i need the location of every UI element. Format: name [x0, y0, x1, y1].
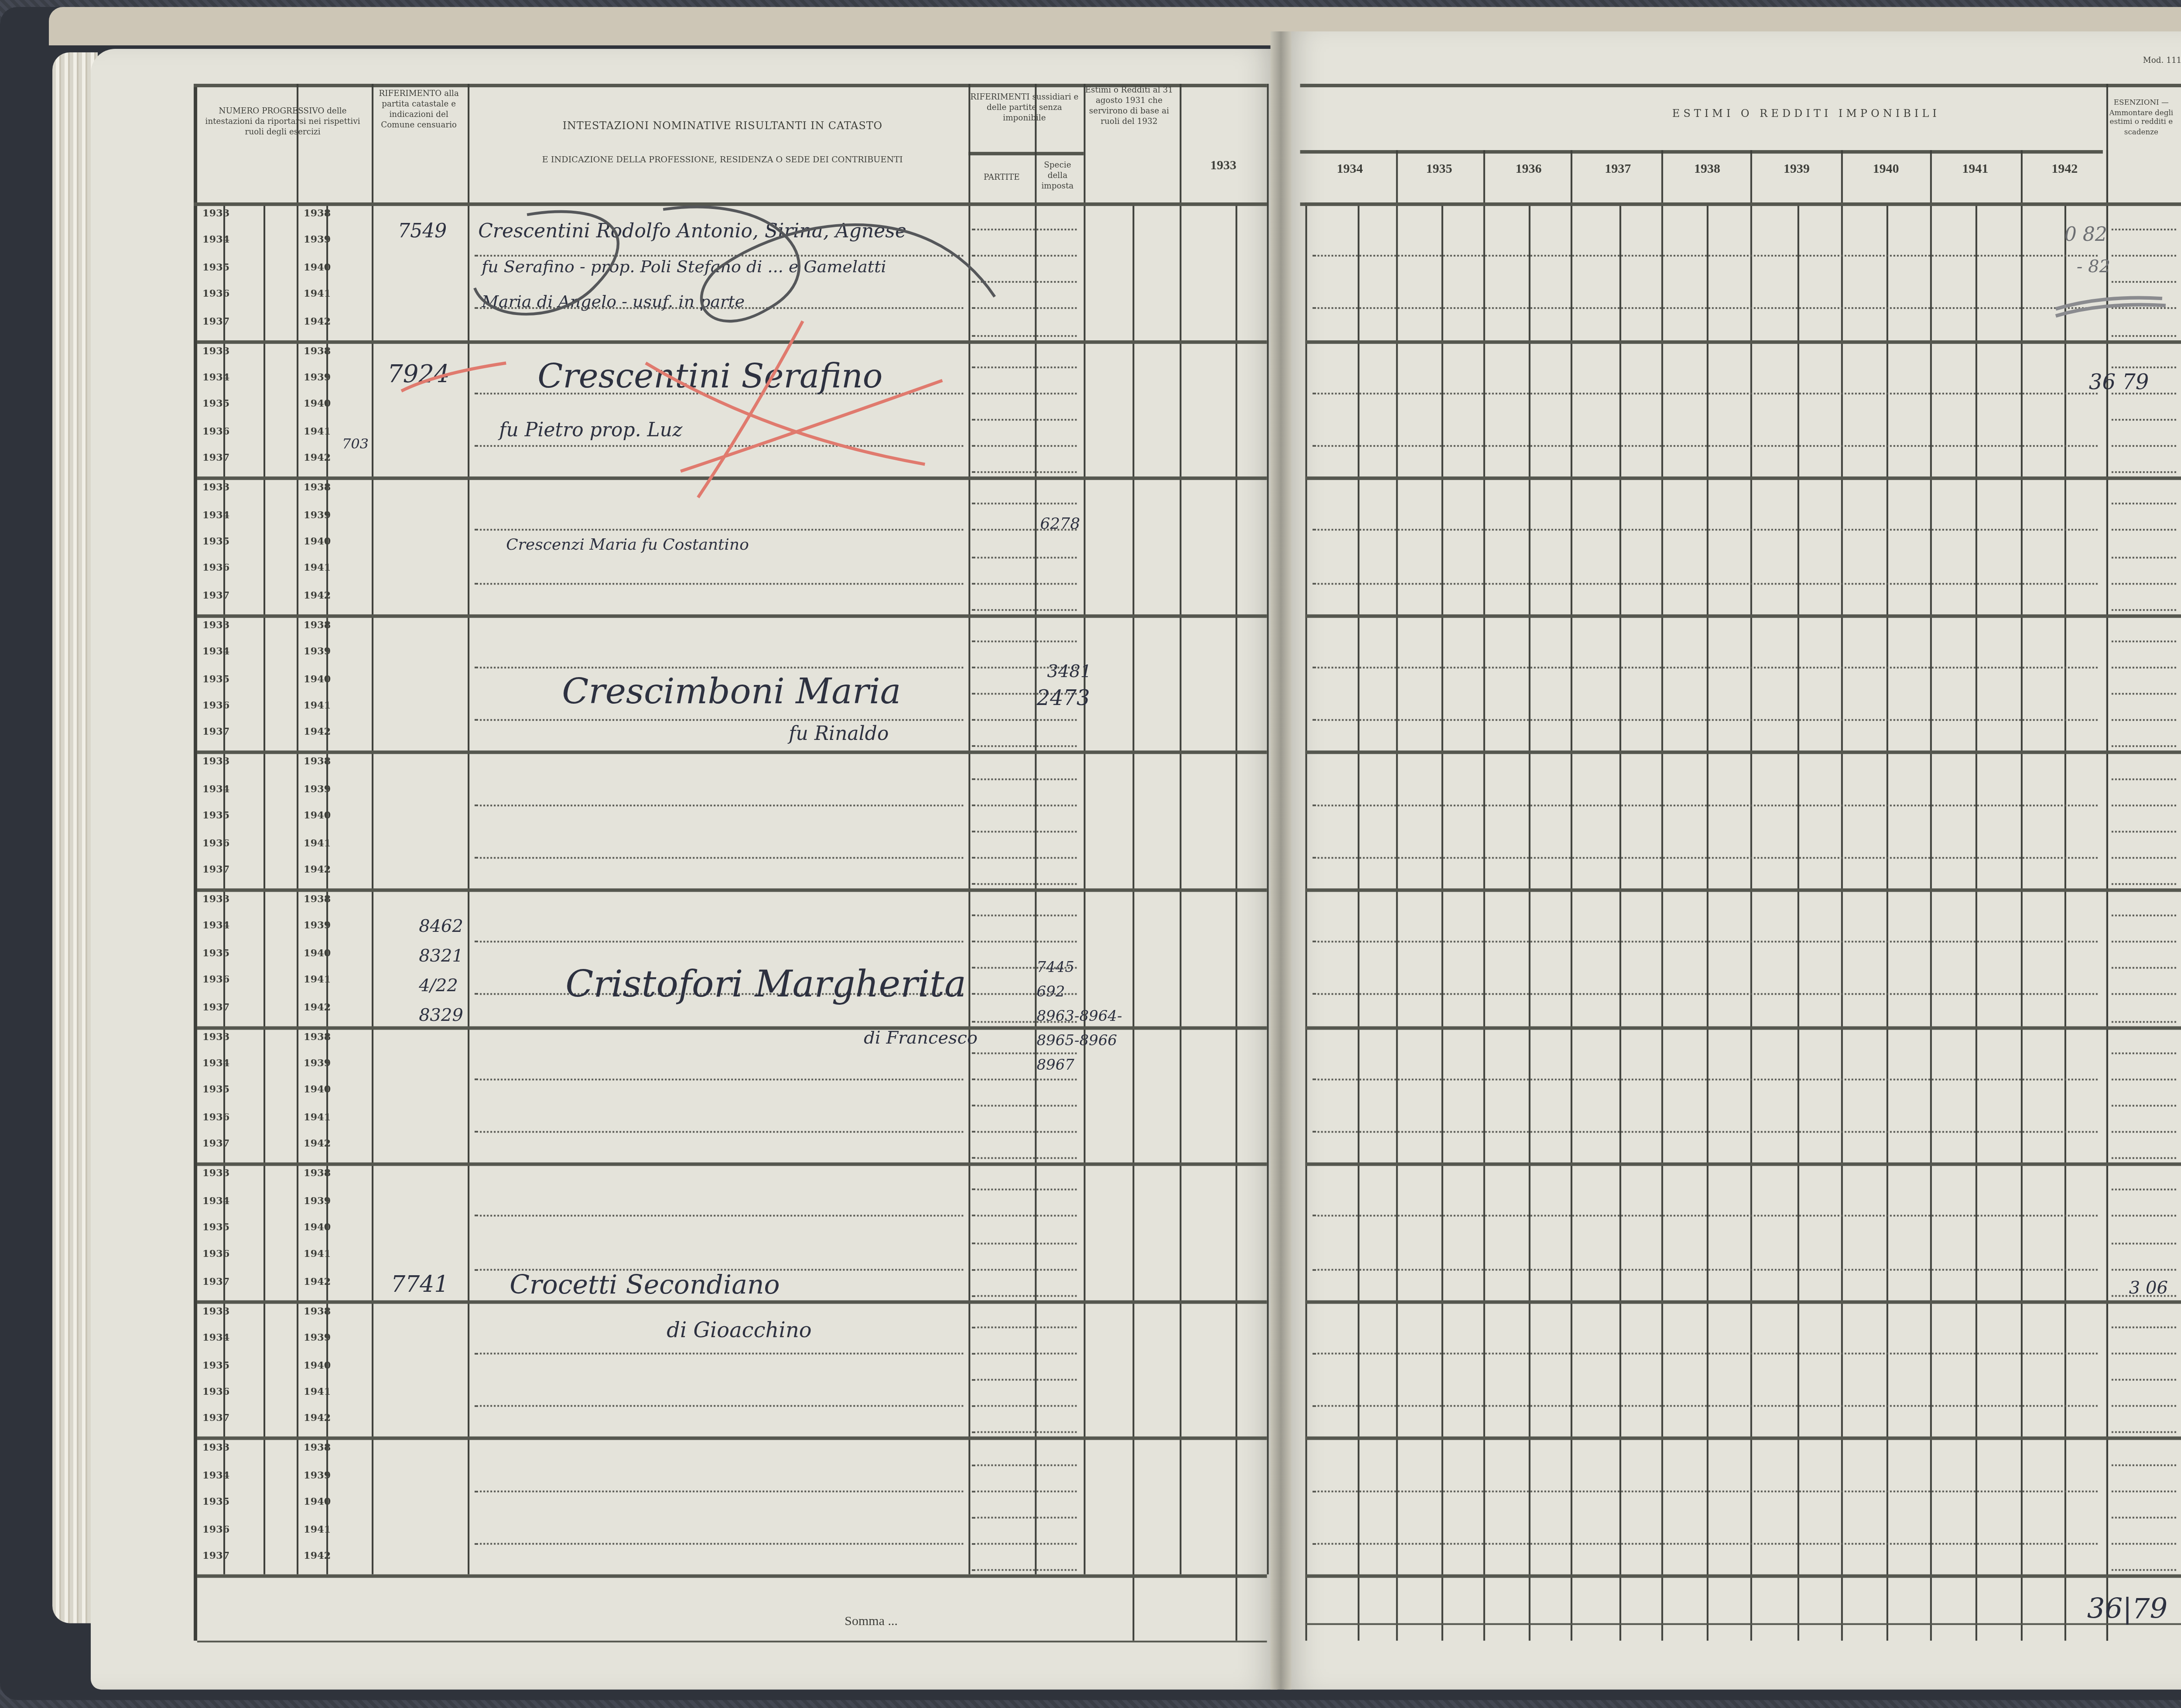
year-label: 1934: [202, 1197, 229, 1207]
header-riferimenti: RIFERIMENTI sussidiari e delle partite s…: [968, 94, 1080, 126]
year-header-1937: 1937: [1573, 164, 1662, 175]
entry-6-partite-line: 8963-8964-: [1036, 1009, 1122, 1026]
writing-line: [972, 1432, 1077, 1434]
year-label: 1938: [304, 895, 331, 906]
column-line: [1930, 150, 1932, 1641]
writing-line: [972, 1189, 1077, 1191]
writing-line: [2112, 1189, 2176, 1191]
writing-line: [1313, 857, 2098, 859]
header-intestazioni-sub: E INDICAZIONE DELLA PROFESSIONE, RESIDEN…: [471, 157, 974, 168]
writing-line: [972, 582, 1077, 584]
year-header-1939: 1939: [1752, 164, 1841, 175]
entry-6-partite-line: 8965-8966: [1036, 1033, 1117, 1051]
frame-top-left: [194, 84, 1267, 87]
year-label: 1941: [304, 976, 331, 986]
year-label: 1937: [202, 592, 229, 602]
header-intestazioni-title: INTESTAZIONI NOMINATIVE RISULTANTI IN CA…: [471, 122, 974, 133]
writing-line: [475, 1353, 963, 1355]
year-label: 1939: [304, 1471, 331, 1482]
writing-line: [2112, 1020, 2176, 1022]
writing-line: [972, 1406, 1077, 1407]
writing-line: [475, 1078, 963, 1080]
writing-line: [972, 1157, 1077, 1159]
block-separator: [197, 1300, 1267, 1304]
writing-line: [2112, 941, 2176, 943]
writing-line: [972, 915, 1077, 917]
column-line: [1179, 84, 1181, 1575]
year-label: 1935: [202, 812, 229, 822]
entry-8-riferimento: 7741: [391, 1273, 448, 1299]
year-label: 1942: [304, 317, 331, 328]
year-label: 1934: [202, 1334, 229, 1344]
block-separator: [1306, 888, 2181, 892]
column-line: [1571, 150, 1573, 1641]
column-line: [372, 84, 373, 1575]
writing-line: [972, 719, 1077, 721]
writing-line: [972, 1379, 1077, 1381]
entry-1-value-1941-a: 0 82: [2065, 223, 2107, 246]
form-label: Mod. 111 - Imposte Dirette (Intercalare)…: [2143, 58, 2181, 66]
year-label: 1939: [304, 922, 331, 933]
writing-line: [1313, 255, 2098, 257]
writing-line: [2112, 1379, 2176, 1381]
year-label: 1942: [304, 1003, 331, 1013]
year-label: 1933: [202, 621, 229, 631]
writing-line: [972, 857, 1077, 859]
year-label: 1938: [304, 1170, 331, 1180]
writing-line: [2112, 857, 2176, 859]
year-label: 1940: [304, 1224, 331, 1234]
year-header-1942: 1942: [2020, 164, 2109, 175]
writing-line: [2112, 1490, 2176, 1492]
entry-6-name-line2: di Francesco: [864, 1030, 978, 1049]
year-label: 1936: [202, 1250, 229, 1261]
year-label: 1941: [304, 427, 331, 438]
writing-line: [972, 1242, 1077, 1244]
book-gutter: [1271, 31, 1292, 1690]
writing-line: [2112, 582, 2176, 584]
writing-line: [1313, 1543, 2098, 1544]
column-line: [1396, 150, 1398, 1641]
writing-line: [2112, 1569, 2176, 1571]
year-label: 1933: [202, 1170, 229, 1180]
subcolumn-line: [2065, 202, 2066, 1641]
writing-line: [972, 609, 1077, 610]
year-label: 1935: [202, 949, 229, 960]
entry-6-riferimento-line: 8321: [419, 948, 463, 967]
subcolumn-line: [1976, 202, 1977, 1641]
entry-6-name-line1: Cristofori Margherita: [565, 963, 966, 1005]
year-label: 1942: [304, 1140, 331, 1150]
writing-line: [972, 1543, 1077, 1544]
writing-line: [2112, 1464, 2176, 1465]
writing-line: [972, 1295, 1077, 1297]
entry-6-riferimento-line: 8462: [419, 918, 463, 937]
subcolumn-line: [1887, 202, 1888, 1641]
year-label: 1934: [202, 648, 229, 658]
year-label: 1936: [202, 427, 229, 438]
writing-line: [2112, 777, 2176, 779]
entry-8-name-line2: di Gioacchino: [667, 1318, 811, 1342]
block-separator: [197, 614, 1267, 617]
block-separator: [1306, 477, 2181, 480]
writing-line: [2112, 530, 2176, 531]
year-label: 1938: [304, 209, 331, 220]
year-header-1934: 1934: [1306, 164, 1395, 175]
year-label: 1941: [304, 1113, 331, 1124]
block-separator: [197, 1163, 1267, 1166]
writing-line: [2112, 1516, 2176, 1518]
year-header-1941: 1941: [1931, 164, 2020, 175]
writing-line: [972, 1052, 1077, 1054]
year-header-1940: 1940: [1841, 164, 1930, 175]
writing-line: [2112, 915, 2176, 917]
year-label: 1935: [202, 1086, 229, 1097]
writing-line: [1313, 1353, 2098, 1355]
year-header-1935: 1935: [1395, 164, 1484, 175]
riferimenti-rule: [968, 152, 1084, 155]
year-label: 1935: [202, 675, 229, 685]
year-label: 1941: [304, 1388, 331, 1398]
block-separator: [1306, 340, 2181, 343]
writing-line: [2112, 1406, 2176, 1407]
column-line: [1841, 150, 1843, 1641]
writing-line: [2112, 1353, 2176, 1355]
writing-line: [1313, 1215, 2098, 1217]
year-label: 1942: [304, 866, 331, 876]
writing-line: [2112, 667, 2176, 668]
writing-line: [2112, 1078, 2176, 1080]
year-label: 1933: [202, 1444, 229, 1455]
writing-line: [972, 640, 1077, 642]
year-label: 1941: [304, 1525, 331, 1535]
column-line: [2021, 150, 2023, 1641]
subcolumn-line: [1235, 202, 1237, 1641]
year-label: 1942: [304, 1552, 331, 1562]
year-header-1936: 1936: [1484, 164, 1573, 175]
subcolumn-line: [1529, 202, 1531, 1641]
year-label: 1934: [202, 1471, 229, 1482]
writing-line: [2112, 1215, 2176, 1217]
block-separator: [197, 1437, 1267, 1441]
frame-top-right: [1300, 84, 2181, 87]
block-separator: [197, 888, 1267, 892]
block-separator: [1306, 1300, 2181, 1304]
writing-line: [972, 804, 1077, 806]
subcolumn-line: [1442, 202, 1443, 1641]
writing-line: [2112, 281, 2176, 283]
year-label: 1940: [304, 400, 331, 411]
year-label: 1939: [304, 236, 331, 247]
estimi-rule: [1300, 150, 2103, 154]
year-label: 1935: [202, 1498, 229, 1508]
entry-3-name: Crescenzi Maria fu Costantino: [506, 537, 749, 555]
writing-line: [2112, 366, 2176, 368]
year-label: 1938: [304, 1307, 331, 1318]
column-line: [297, 84, 298, 1575]
writing-line: [1313, 994, 2098, 996]
writing-line: [2112, 609, 2176, 610]
writing-line: [1313, 941, 2098, 943]
year-label: 1936: [202, 1113, 229, 1124]
year-label: 1940: [304, 1361, 331, 1371]
writing-line: [2112, 746, 2176, 748]
subcolumn-line: [1620, 202, 1621, 1641]
year-label: 1936: [202, 1388, 229, 1398]
writing-line: [2112, 693, 2176, 695]
column-line: [1484, 150, 1485, 1641]
writing-line: [2112, 830, 2176, 832]
writing-line: [972, 1353, 1077, 1355]
year-label: 1938: [304, 1444, 331, 1455]
year-label: 1935: [202, 1224, 229, 1234]
header-esenzioni: ESENZIONI — Ammontare degli estimi o red…: [2106, 98, 2176, 137]
year-label: 1936: [202, 839, 229, 849]
year-label: 1937: [202, 866, 229, 876]
writing-line: [2112, 445, 2176, 447]
year-label: 1939: [304, 648, 331, 658]
writing-line: [972, 1464, 1077, 1465]
year-label: 1935: [202, 1361, 229, 1371]
writing-line: [2112, 419, 2176, 421]
writing-line: [1313, 308, 2098, 310]
year-label: 1933: [202, 1307, 229, 1318]
writing-line: [972, 1215, 1077, 1217]
year-label: 1937: [202, 729, 229, 739]
year-label: 1934: [202, 785, 229, 796]
writing-line: [475, 941, 963, 943]
entry-6-partite-line: 8967: [1036, 1058, 1074, 1075]
right-page: [1285, 31, 2181, 1690]
year-label: 1934: [202, 1059, 229, 1070]
entry-6-riferimento-line: 4/22: [419, 977, 458, 996]
entry-6-partite-line: 692: [1036, 984, 1065, 1002]
column-line: [1035, 84, 1036, 1575]
writing-line: [2112, 472, 2176, 473]
block-separator: [1306, 1437, 2181, 1441]
somma-rule: [197, 1641, 1267, 1643]
writing-line: [2112, 556, 2176, 558]
somma-value: 36|79: [2087, 1592, 2167, 1625]
subcolumn-line: [1798, 202, 1799, 1641]
writing-line: [972, 941, 1077, 943]
year-label: 1935: [202, 537, 229, 548]
year-label: 1937: [202, 1140, 229, 1150]
year-label: 1938: [304, 1033, 331, 1043]
writing-line: [475, 857, 963, 859]
writing-line: [972, 1569, 1077, 1571]
writing-line: [475, 1131, 963, 1133]
writing-line: [972, 777, 1077, 779]
writing-line: [1313, 804, 2098, 806]
year-label: 1938: [304, 758, 331, 769]
writing-line: [2112, 1052, 2176, 1054]
writing-line: [2112, 1105, 2176, 1106]
writing-line: [1313, 392, 2098, 394]
entry-4-name-line2: fu Rinaldo: [789, 722, 889, 745]
writing-line: [1313, 667, 2098, 668]
block-separator: [1306, 751, 2181, 755]
year-label: 1939: [304, 785, 331, 796]
year-label: 1937: [202, 454, 229, 465]
year-label: 1933: [202, 895, 229, 906]
year-label: 1941: [304, 290, 331, 301]
year-label: 1938: [304, 484, 331, 494]
year-label: 1941: [304, 839, 331, 849]
writing-line: [2112, 883, 2176, 885]
year-label: 1933: [202, 209, 229, 220]
writing-line: [2112, 640, 2176, 642]
year-label: 1937: [202, 317, 229, 328]
writing-line: [475, 1215, 963, 1217]
subcolumn-line: [1707, 202, 1709, 1641]
year-label: 1942: [304, 592, 331, 602]
writing-line: [1313, 1268, 2098, 1270]
year-label: 1936: [202, 976, 229, 986]
writing-line: [475, 719, 963, 721]
year-label: 1937: [202, 1414, 229, 1425]
writing-line: [2112, 1432, 2176, 1434]
year-label: 1939: [304, 1334, 331, 1344]
block-separator: [197, 751, 1267, 755]
year-label: 1939: [304, 1059, 331, 1070]
entry-1-value-1941-b: - 82: [2077, 258, 2110, 277]
year-label: 1935: [202, 263, 229, 274]
somma-label: Somma ...: [844, 1613, 898, 1629]
block-separator: [1306, 614, 2181, 617]
year-label: 1938: [304, 621, 331, 631]
year-label: 1940: [304, 263, 331, 274]
column-line: [1267, 84, 1269, 1575]
writing-line: [475, 1490, 963, 1492]
entry-4-name-line1: Crescimboni Maria: [562, 670, 901, 712]
block-separator: [197, 1575, 1267, 1578]
writing-line: [972, 1326, 1077, 1328]
year-label: 1939: [304, 1197, 331, 1207]
year-label: 1937: [202, 1003, 229, 1013]
writing-line: [2112, 1326, 2176, 1328]
year-label: 1933: [202, 484, 229, 494]
writing-line: [972, 830, 1077, 832]
year-label: 1939: [304, 511, 331, 521]
entry-4-partite-line2: 2473: [1036, 686, 1090, 710]
writing-line: [2112, 229, 2176, 231]
writing-line: [2112, 968, 2176, 969]
writing-line: [972, 1516, 1077, 1518]
entry-2-riferimento-extra: 703: [342, 436, 369, 452]
year-header-1938: 1938: [1663, 164, 1752, 175]
header-partite: PARTITE: [968, 175, 1035, 185]
year-label: 1939: [304, 373, 331, 384]
writing-line: [1313, 1131, 2098, 1133]
writing-line: [2112, 804, 2176, 806]
year-label: 1934: [202, 373, 229, 384]
subcolumn-line: [1358, 202, 1360, 1641]
year-label: 1936: [202, 1525, 229, 1535]
writing-line: [1313, 1406, 2098, 1407]
block-separator: [1306, 1026, 2181, 1029]
year-label: 1936: [202, 565, 229, 575]
writing-line: [475, 804, 963, 806]
subcolumn-line: [1132, 202, 1134, 1641]
frame-left: [194, 84, 197, 1641]
year-label: 1941: [304, 1250, 331, 1261]
entry-8-name-line1: Crocetti Secondiano: [509, 1269, 780, 1301]
writing-line: [475, 1406, 963, 1407]
entry-4-partite-line1: 3481: [1047, 663, 1091, 682]
block-separator: [1306, 202, 2181, 206]
header-estimi-1931: Estimi o Redditi al 31 agosto 1931 che s…: [1084, 87, 1174, 129]
year-label: 1940: [304, 675, 331, 685]
writing-line: [2112, 1131, 2176, 1133]
year-label: 1942: [304, 1414, 331, 1425]
writing-line: [972, 1131, 1077, 1133]
somma-rule: [1306, 1623, 2181, 1625]
writing-line: [2112, 1543, 2176, 1544]
writing-line: [2112, 503, 2176, 505]
entry-8-value-1941: 3 06: [2129, 1280, 2168, 1299]
writing-line: [475, 530, 963, 531]
year-label: 1941: [304, 702, 331, 712]
writing-line: [2112, 1157, 2176, 1159]
entry-2-value-1941: 36 79: [2089, 370, 2149, 394]
header-riferimento: RIFERIMENTO alla partita catastale e ind…: [372, 91, 466, 133]
header-estimi-title: ESTIMI O REDDITI IMPONIBILI: [1396, 110, 2181, 120]
column-line: [1084, 84, 1085, 1575]
year-label: 1940: [304, 1498, 331, 1508]
writing-line: [972, 883, 1077, 885]
ledger-spread: Mod. 111 - Imposte Dirette (Intercalare)…: [0, 0, 2181, 1708]
writing-line: [2112, 719, 2176, 721]
year-label: 1940: [304, 812, 331, 822]
writing-line: [1313, 719, 2098, 721]
column-line: [1750, 150, 1752, 1641]
red-cross-strike-icon: [366, 314, 1029, 506]
writing-line: [1313, 1490, 2098, 1492]
entry-3-partite: 6278: [1040, 517, 1080, 534]
year-label: 1941: [304, 565, 331, 575]
writing-line: [1313, 582, 2098, 584]
year-label: 1937: [202, 1277, 229, 1288]
header-numero-progressivo: NUMERO PROGRESSIVO delle intestazioni da…: [197, 108, 368, 140]
writing-line: [972, 1268, 1077, 1270]
writing-line: [1313, 1078, 2098, 1080]
writing-line: [2112, 255, 2176, 257]
year-label: 1940: [304, 537, 331, 548]
writing-line: [972, 1078, 1077, 1080]
writing-line: [972, 1490, 1077, 1492]
writing-line: [972, 746, 1077, 748]
writing-line: [2112, 334, 2176, 336]
header-specie: Specie della imposta: [1035, 162, 1080, 194]
year-label: 1937: [202, 1552, 229, 1562]
year-label: 1933: [202, 1033, 229, 1043]
entry-6-partite-line: 7445: [1036, 960, 1074, 977]
writing-line: [2112, 1268, 2176, 1270]
entry-6-riferimento-line: 8329: [419, 1007, 463, 1026]
writing-line: [475, 582, 963, 584]
writing-line: [2112, 1242, 2176, 1244]
block-separator: [1306, 1163, 2181, 1166]
column-line: [1306, 202, 1307, 1641]
year-label: 1942: [304, 454, 331, 465]
header-year-1933: 1933: [1179, 161, 1267, 171]
year-label: 1936: [202, 702, 229, 712]
year-label: 1935: [202, 400, 229, 411]
year-label: 1940: [304, 949, 331, 960]
column-line: [1661, 150, 1663, 1641]
writing-line: [475, 1543, 963, 1544]
